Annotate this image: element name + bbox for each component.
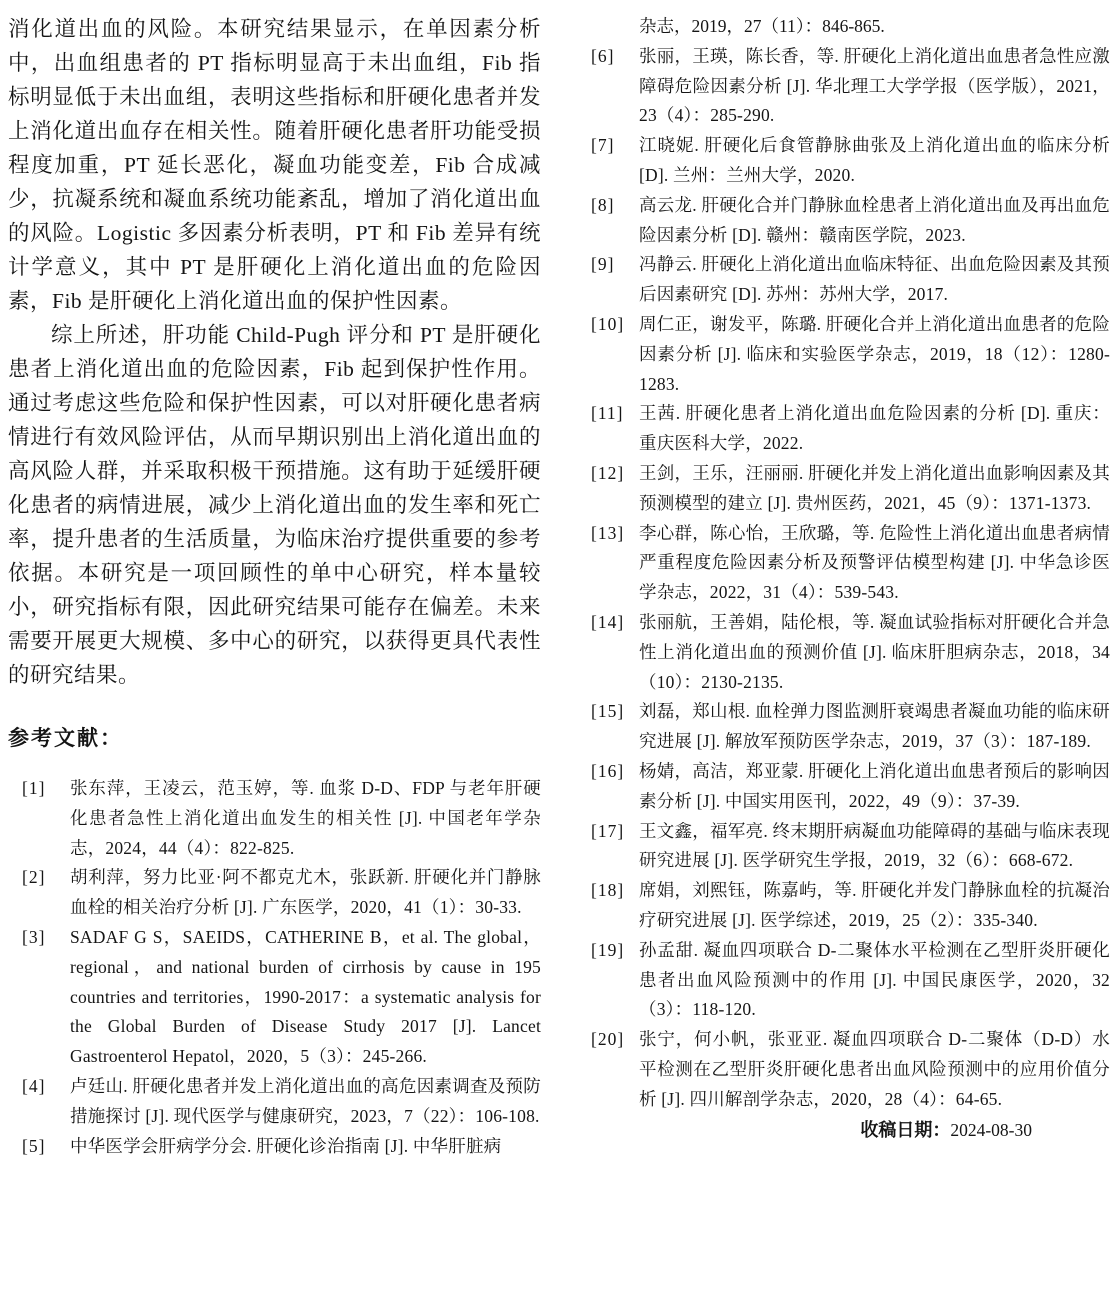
reference-text: 王茜. 肝硬化患者上消化道出血危险因素的分析 [D]. 重庆：重庆医科大学，20… xyxy=(639,403,1110,453)
references-heading: 参考文献： xyxy=(8,722,541,752)
reference-number: [8] xyxy=(591,191,614,221)
right-column: 杂志，2019，27（11）：846-865. [6] 张丽，王瑛，陈长香，等.… xyxy=(577,12,1110,1161)
reference-text: 胡利萍，努力比亚·阿不都克尤木，张跃新. 肝硬化并门静脉血栓的相关治疗分析 [J… xyxy=(70,867,541,917)
reference-number: [12] xyxy=(591,459,624,489)
reference-text: 冯静云. 肝硬化上消化道出血临床特征、出血危险因素及其预后因素研究 [D]. 苏… xyxy=(639,254,1110,304)
reference-item-20: [20] 张宁，何小帆，张亚亚. 凝血四项联合 D-二聚体（D-D）水平检测在乙… xyxy=(577,1025,1110,1114)
reference-number: [20] xyxy=(591,1025,624,1055)
reference-number: [2] xyxy=(22,863,45,893)
reference-item-5-continuation: 杂志，2019，27（11）：846-865. xyxy=(577,12,1110,42)
reference-text: 张东萍，王凌云，范玉婷，等. 血浆 D-D、FDP 与老年肝硬化患者急性上消化道… xyxy=(70,778,541,858)
left-column: 消化道出血的风险。本研究结果显示，在单因素分析中，出血组患者的 PT 指标明显高… xyxy=(8,12,541,1161)
reference-item-5: [5] 中华医学会肝病学分会. 肝硬化诊治指南 [J]. 中华肝脏病 xyxy=(8,1132,541,1162)
reference-number: [4] xyxy=(22,1072,45,1102)
paper-page: 消化道出血的风险。本研究结果显示，在单因素分析中，出血组患者的 PT 指标明显高… xyxy=(0,0,1114,1161)
reference-number: [15] xyxy=(591,697,624,727)
reference-number: [1] xyxy=(22,774,45,804)
reference-text: 张丽，王瑛，陈长香，等. 肝硬化上消化道出血患者急性应激障碍危险因素分析 [J]… xyxy=(639,46,1110,126)
reference-number: [5] xyxy=(22,1132,45,1162)
reference-number: [10] xyxy=(591,310,624,340)
reference-text: 孙孟甜. 凝血四项联合 D-二聚体水平检测在乙型肝炎肝硬化患者出血风险预测中的作… xyxy=(639,940,1110,1020)
reference-text: SADAF G S，SAEIDS，CATHERINE B，et al. The … xyxy=(70,927,541,1066)
received-date-label: 收稿日期： xyxy=(860,1120,950,1140)
reference-text: 刘磊，郑山根. 血栓弹力图监测肝衰竭患者凝血功能的临床研究进展 [J]. 解放军… xyxy=(639,701,1110,751)
reference-text: 王文鑫，福军亮. 终末期肝病凝血功能障碍的基础与临床表现研究进展 [J]. 医学… xyxy=(639,821,1110,871)
reference-item-2: [2] 胡利萍，努力比亚·阿不都克尤木，张跃新. 肝硬化并门静脉血栓的相关治疗分… xyxy=(8,863,541,923)
reference-number: [14] xyxy=(591,608,624,638)
reference-item-7: [7] 江晓妮. 肝硬化后食管静脉曲张及上消化道出血的临床分析 [D]. 兰州：… xyxy=(577,131,1110,191)
reference-item-18: [18] 席娟，刘熙钰，陈嘉屿，等. 肝硬化并发门静脉血栓的抗凝治疗研究进展 [… xyxy=(577,876,1110,936)
reference-item-1: [1] 张东萍，王凌云，范玉婷，等. 血浆 D-D、FDP 与老年肝硬化患者急性… xyxy=(8,774,541,863)
reference-text: 张宁，何小帆，张亚亚. 凝血四项联合 D-二聚体（D-D）水平检测在乙型肝炎肝硬… xyxy=(639,1029,1110,1109)
reference-text: 高云龙. 肝硬化合并门静脉血栓患者上消化道出血及再出血危险因素分析 [D]. 赣… xyxy=(639,195,1110,245)
reference-item-12: [12] 王剑，王乐，汪丽丽. 肝硬化并发上消化道出血影响因素及其预测模型的建立… xyxy=(577,459,1110,519)
reference-item-17: [17] 王文鑫，福军亮. 终末期肝病凝血功能障碍的基础与临床表现研究进展 [J… xyxy=(577,817,1110,877)
reference-text: 李心群，陈心怡，王欣璐，等. 危险性上消化道出血患者病情严重程度危险因素分析及预… xyxy=(639,523,1110,603)
reference-text: 周仁正，谢发平，陈璐. 肝硬化合并上消化道出血患者的危险因素分析 [J]. 临床… xyxy=(639,314,1110,394)
reference-item-11: [11] 王茜. 肝硬化患者上消化道出血危险因素的分析 [D]. 重庆：重庆医科… xyxy=(577,399,1110,459)
reference-text: 中华医学会肝病学分会. 肝硬化诊治指南 [J]. 中华肝脏病 xyxy=(70,1136,501,1156)
reference-number: [11] xyxy=(591,399,624,429)
reference-number: [7] xyxy=(591,131,614,161)
reference-text: 江晓妮. 肝硬化后食管静脉曲张及上消化道出血的临床分析 [D]. 兰州：兰州大学… xyxy=(639,135,1110,185)
reference-text: 王剑，王乐，汪丽丽. 肝硬化并发上消化道出血影响因素及其预测模型的建立 [J].… xyxy=(639,463,1110,513)
received-date-value: 2024-08-30 xyxy=(950,1120,1032,1140)
reference-item-6: [6] 张丽，王瑛，陈长香，等. 肝硬化上消化道出血患者急性应激障碍危险因素分析… xyxy=(577,42,1110,131)
reference-item-8: [8] 高云龙. 肝硬化合并门静脉血栓患者上消化道出血及再出血危险因素分析 [D… xyxy=(577,191,1110,251)
reference-item-13: [13] 李心群，陈心怡，王欣璐，等. 危险性上消化道出血患者病情严重程度危险因… xyxy=(577,519,1110,608)
reference-item-14: [14] 张丽航，王善娟，陆伦根，等. 凝血试验指标对肝硬化合并急性上消化道出血… xyxy=(577,608,1110,697)
reference-text: 杨婧，高洁，郑亚蒙. 肝硬化上消化道出血患者预后的影响因素分析 [J]. 中国实… xyxy=(639,761,1110,811)
reference-item-15: [15] 刘磊，郑山根. 血栓弹力图监测肝衰竭患者凝血功能的临床研究进展 [J]… xyxy=(577,697,1110,757)
reference-text: 卢廷山. 肝硬化患者并发上消化道出血的高危因素调查及预防措施探讨 [J]. 现代… xyxy=(70,1076,541,1126)
reference-number: [9] xyxy=(591,250,614,280)
reference-number: [3] xyxy=(22,923,45,953)
reference-item-3: [3] SADAF G S，SAEIDS，CATHERINE B，et al. … xyxy=(8,923,541,1072)
reference-item-19: [19] 孙孟甜. 凝血四项联合 D-二聚体水平检测在乙型肝炎肝硬化患者出血风险… xyxy=(577,936,1110,1025)
reference-number: [18] xyxy=(591,876,624,906)
reference-item-9: [9] 冯静云. 肝硬化上消化道出血临床特征、出血危险因素及其预后因素研究 [D… xyxy=(577,250,1110,310)
reference-number: [13] xyxy=(591,519,624,549)
reference-item-16: [16] 杨婧，高洁，郑亚蒙. 肝硬化上消化道出血患者预后的影响因素分析 [J]… xyxy=(577,757,1110,817)
discussion-paragraph: 消化道出血的风险。本研究结果显示，在单因素分析中，出血组患者的 PT 指标明显高… xyxy=(8,12,541,318)
reference-number: [6] xyxy=(591,42,614,72)
reference-number: [19] xyxy=(591,936,624,966)
reference-number: [17] xyxy=(591,817,624,847)
conclusion-paragraph: 综上所述，肝功能 Child-Pugh 评分和 PT 是肝硬化患者上消化道出血的… xyxy=(8,318,541,692)
reference-text: 张丽航，王善娟，陆伦根，等. 凝血试验指标对肝硬化合并急性上消化道出血的预测价值… xyxy=(639,612,1110,692)
reference-text: 席娟，刘熙钰，陈嘉屿，等. 肝硬化并发门静脉血栓的抗凝治疗研究进展 [J]. 医… xyxy=(639,880,1110,930)
reference-number: [16] xyxy=(591,757,624,787)
reference-item-10: [10] 周仁正，谢发平，陈璐. 肝硬化合并上消化道出血患者的危险因素分析 [J… xyxy=(577,310,1110,399)
reference-item-4: [4] 卢廷山. 肝硬化患者并发上消化道出血的高危因素调查及预防措施探讨 [J]… xyxy=(8,1072,541,1132)
received-date-line: 收稿日期：2024-08-30 xyxy=(577,1116,1110,1146)
